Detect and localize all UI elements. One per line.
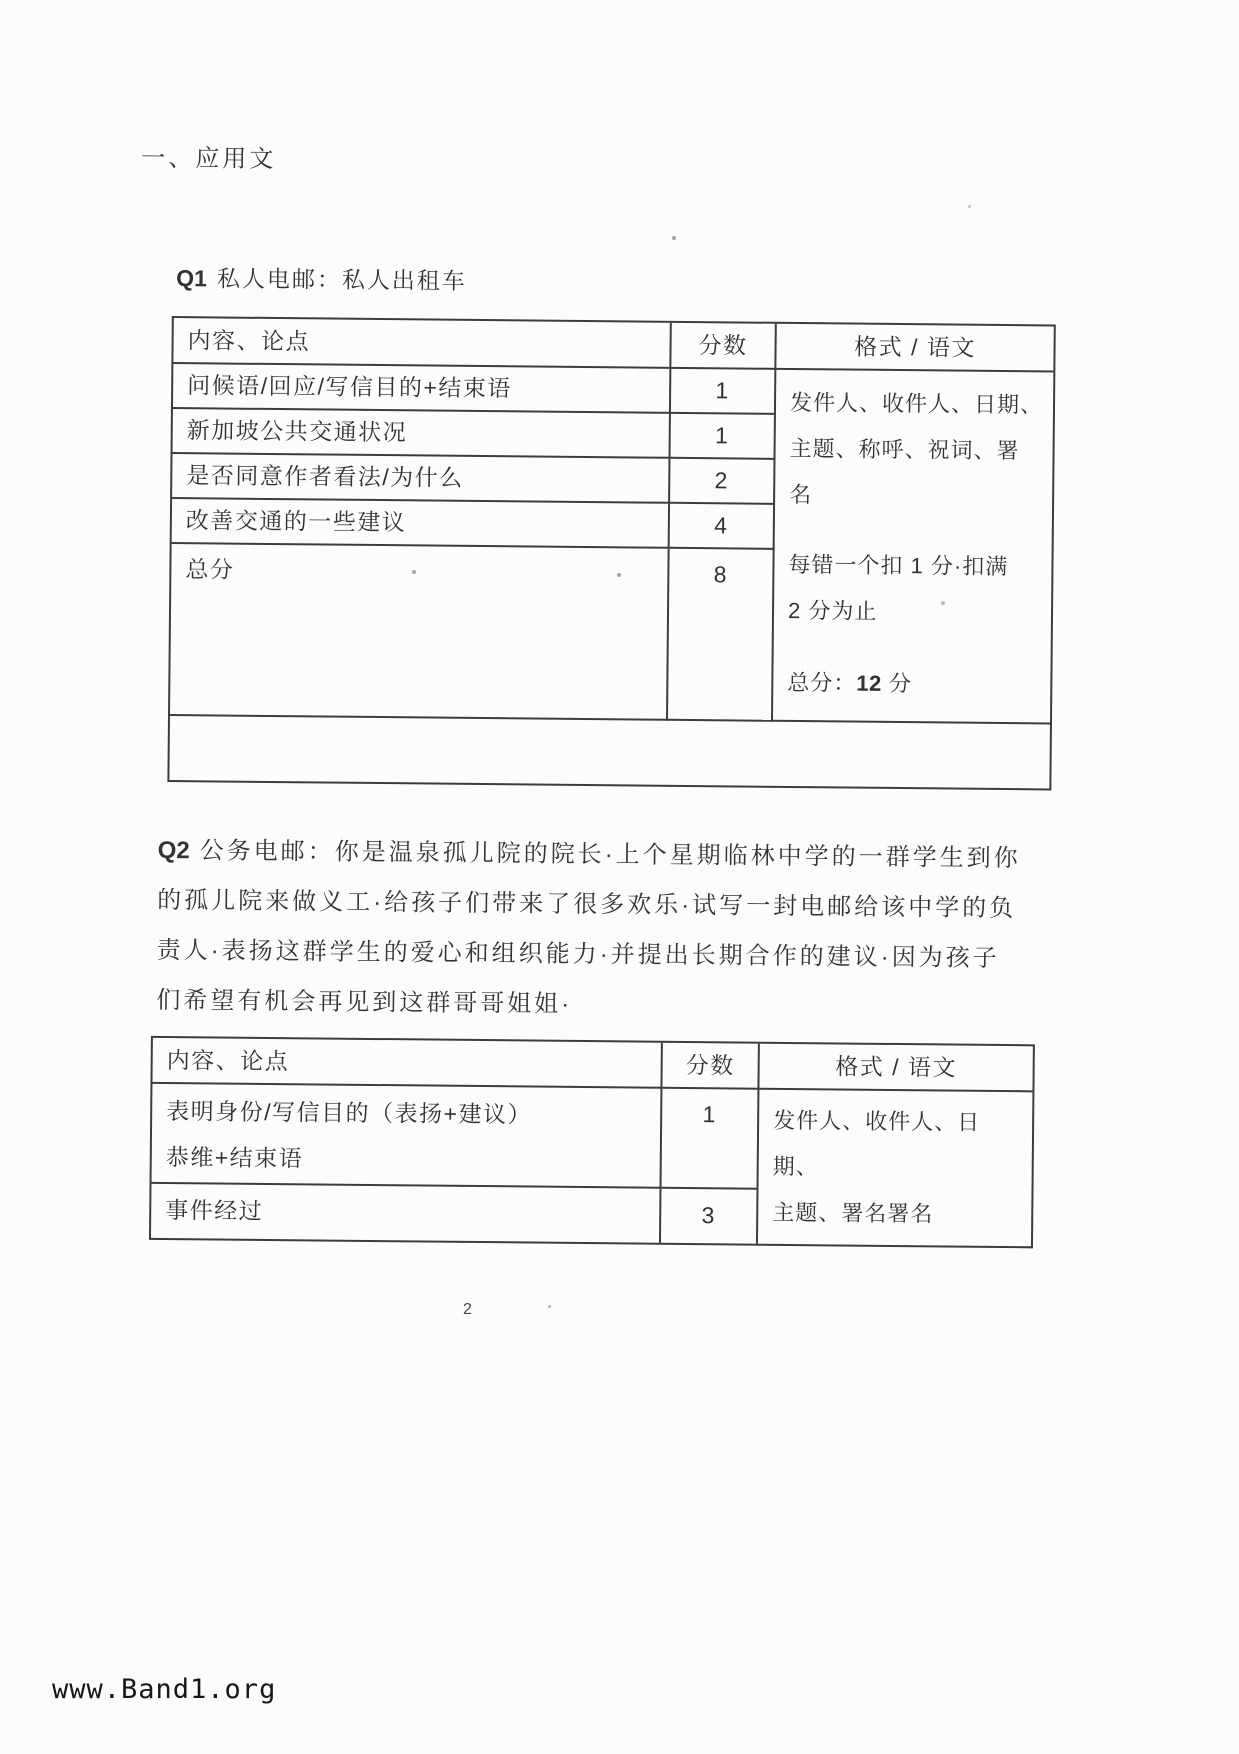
scanned-page: 一、应用文 Q1私人电邮：私人出租车 内容、论点 分数 格式 / 语文 问候语/… xyxy=(0,0,1239,1754)
q1-row1-content: 问候语/回应/写信目的+结束语 xyxy=(173,364,671,414)
q1-label: Q1 xyxy=(176,265,207,291)
q1-title-text: 私人电邮：私人出租车 xyxy=(217,265,467,293)
q2-row1-score: 1 xyxy=(661,1089,759,1190)
q1-row2-score: 1 xyxy=(670,414,775,460)
q1-row2-content: 新加坡公共交通状况 xyxy=(173,409,671,459)
footer-url: www.Band1.org xyxy=(52,1674,276,1705)
q1-row3-score: 2 xyxy=(670,459,775,505)
q2-prompt-line: 们希望有机会再见到这群哥哥姐姐· xyxy=(156,976,1086,1035)
q1-format-line: 名 xyxy=(789,472,1044,520)
q2-row2-content: 事件经过 xyxy=(151,1184,661,1243)
q2-row1-line: 表明身份/写信目的（表扬+建议） xyxy=(166,1088,660,1139)
q1-penalty-line: 2 分为止 xyxy=(788,588,1043,636)
q1-empty-row xyxy=(169,716,1050,788)
q1-format-cell: 发件人、收件人、日期、 主题、称呼、祝词、署 名 每错一个扣 1 分·扣满 2 … xyxy=(773,370,1053,725)
q2-marking-table: 内容、论点 分数 格式 / 语文 表明身份/写信目的（表扬+建议） 恭维+结束语… xyxy=(149,1036,1035,1248)
q1-title: Q1私人电邮：私人出租车 xyxy=(176,260,467,296)
q2-row1-line: 恭维+结束语 xyxy=(166,1134,660,1185)
q2-format-cell: 发件人、收件人、日期、 主题、署名署名 xyxy=(758,1090,1032,1247)
scan-speck xyxy=(941,601,945,605)
q1-format-line: 发件人、收件人、日期、 xyxy=(790,380,1045,428)
q1-row4-score: 4 xyxy=(670,504,775,550)
q2-header-score: 分数 xyxy=(662,1043,759,1090)
q1-row1-score: 1 xyxy=(671,369,776,415)
scan-content: 一、应用文 Q1私人电邮：私人出租车 内容、论点 分数 格式 / 语文 问候语/… xyxy=(0,0,1239,1410)
q1-total-value: 12 xyxy=(856,671,882,696)
q1-total-row-score: 8 xyxy=(668,549,775,722)
q1-total-note: 总分：12 分 xyxy=(787,660,1042,708)
scan-speck xyxy=(968,205,971,208)
q1-marking-table: 内容、论点 分数 格式 / 语文 问候语/回应/写信目的+结束语 1 发件人、收… xyxy=(167,316,1055,790)
scan-speck xyxy=(617,573,621,577)
q2-format-line: 发件人、收件人、日期、 xyxy=(772,1098,1024,1192)
q2-prompt-line: 公务电邮：你是温泉孤儿院的院长·上个星期临林中学的一群学生到你 xyxy=(200,837,1021,872)
scan-speck xyxy=(672,236,676,240)
q1-total-suffix: 分 xyxy=(882,671,912,696)
q1-format-line: 主题、称呼、祝词、署 xyxy=(789,426,1044,474)
q2-row2-score: 3 xyxy=(661,1189,759,1244)
q2-prompt: Q2公务电邮：你是温泉孤儿院的院长·上个星期临林中学的一群学生到你 的孤儿院来做… xyxy=(156,826,1088,1035)
q2-prompt-line: 责人·表扬这群学生的爱心和组织能力·并提出长期合作的建议·因为孩子 xyxy=(157,926,1087,985)
q1-row4-content: 改善交通的一些建议 xyxy=(172,499,670,549)
q1-header-score: 分数 xyxy=(671,323,776,370)
q2-format-line: 主题、署名署名 xyxy=(772,1190,1023,1238)
q2-header-content: 内容、论点 xyxy=(152,1038,662,1089)
q1-total-row-label: 总分 xyxy=(170,544,670,721)
q1-row3-content: 是否同意作者看法/为什么 xyxy=(172,454,670,504)
scan-speck xyxy=(548,1305,551,1308)
q2-row1-content: 表明身份/写信目的（表扬+建议） 恭维+结束语 xyxy=(152,1084,663,1189)
scan-speck xyxy=(412,570,416,574)
q1-penalty-note: 每错一个扣 1 分·扣满 2 分为止 xyxy=(788,542,1044,636)
q2-header-format: 格式 / 语文 xyxy=(759,1044,1032,1093)
q1-header-format: 格式 / 语文 xyxy=(776,324,1053,373)
section-heading: 一、应用文 xyxy=(141,138,276,174)
page-number: 2 xyxy=(463,1301,473,1319)
q1-penalty-line: 每错一个扣 1 分·扣满 xyxy=(788,542,1043,590)
q2-prompt-line: 的孤儿院来做义工·给孩子们带来了很多欢乐·试写一封电邮给该中学的负 xyxy=(157,876,1087,935)
q2-label: Q2 xyxy=(158,837,190,864)
q1-total-label: 总分： xyxy=(787,670,856,696)
q1-header-content: 内容、论点 xyxy=(173,318,671,369)
